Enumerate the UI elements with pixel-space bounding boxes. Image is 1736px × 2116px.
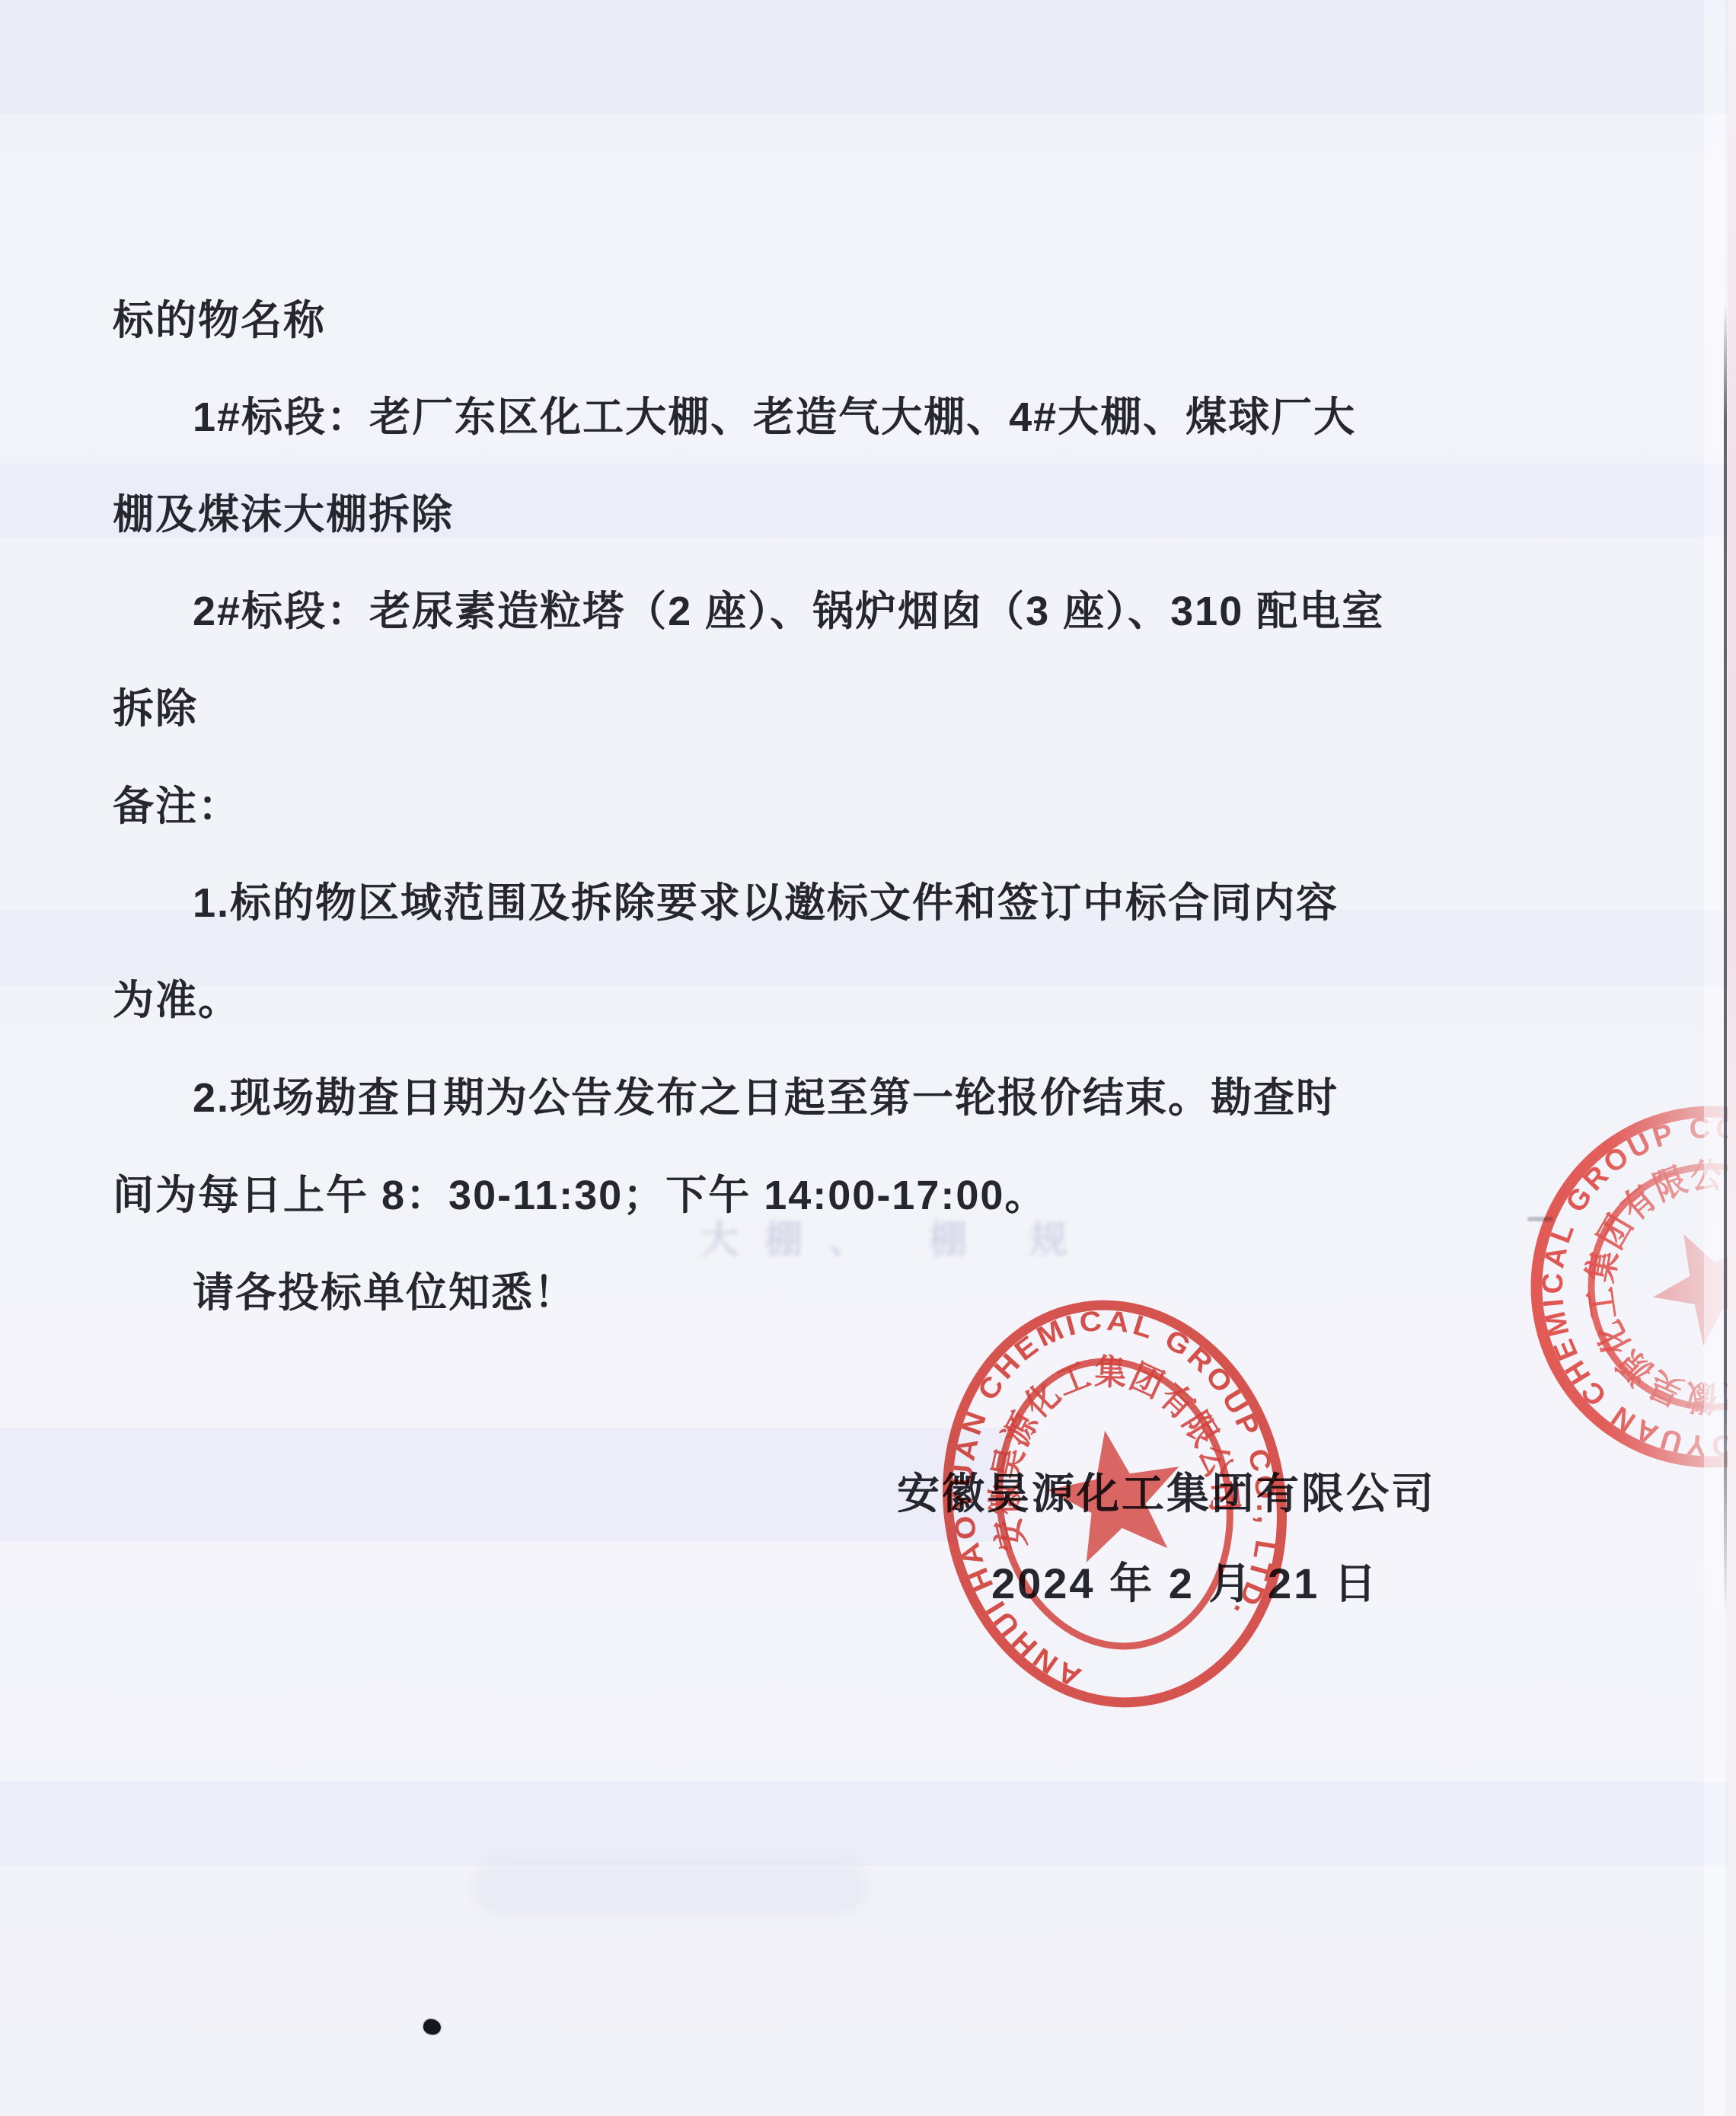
notice-line: 请各投标单位知悉！ — [193, 1260, 576, 1319]
ink-dot — [422, 2018, 442, 2036]
ghost-bleed-text: 大棚、 棚 规 — [700, 1209, 1093, 1264]
scan-band — [0, 0, 1736, 114]
section2-line1: 2#标段：老尿素造粒塔（2 座）、锅炉烟囱（3 座）、310 配电室 — [193, 579, 1384, 637]
scan-band — [0, 1428, 1007, 1542]
svg-text:安徽昊源化工集团有限公司: 安徽昊源化工集团有限公司 — [1489, 1151, 1730, 1524]
scan-edge-strip — [1728, 0, 1736, 2116]
scan-right-margin — [1704, 0, 1725, 2116]
remark1-line2: 为准。 — [113, 968, 241, 1026]
section2-line2: 拆除 — [113, 676, 198, 735]
seal-chinese-arc: 安徽昊源化工集团有限公司 — [1489, 1151, 1730, 1524]
scan-band — [0, 1782, 1736, 1865]
section1-line2: 棚及煤沫大棚拆除 — [113, 482, 454, 541]
scanned-page: 标的物名称 1#标段：老厂东区化工大棚、老造气大棚、4#大棚、煤球厂大 棚及煤沫… — [0, 0, 1736, 2116]
remark2-line1: 2.现场勘查日期为公告发布之日起至第一轮报价结束。勘查时 — [193, 1065, 1339, 1124]
section1-line1: 1#标段：老厂东区化工大棚、老造气大棚、4#大棚、煤球厂大 — [193, 385, 1356, 443]
scan-smudge — [472, 1862, 868, 1915]
seal-star-icon — [1039, 1419, 1192, 1567]
company-seal-edge: ANHUI HAOYUAN CHEMICAL GROUP CO., LTD. 安… — [1489, 1068, 1730, 1524]
scan-edge-line — [1724, 305, 1727, 1614]
subject-title: 标的物名称 — [113, 288, 326, 346]
remark1-line1: 1.标的物区域范围及拆除要求以邀标文件和签订中标合同内容 — [193, 870, 1339, 929]
company-seal-main: ANHUI HAOYUAN CHEMICAL GROUP CO., LTD. 安… — [914, 1264, 1325, 1744]
remarks-title: 备注： — [113, 774, 241, 832]
